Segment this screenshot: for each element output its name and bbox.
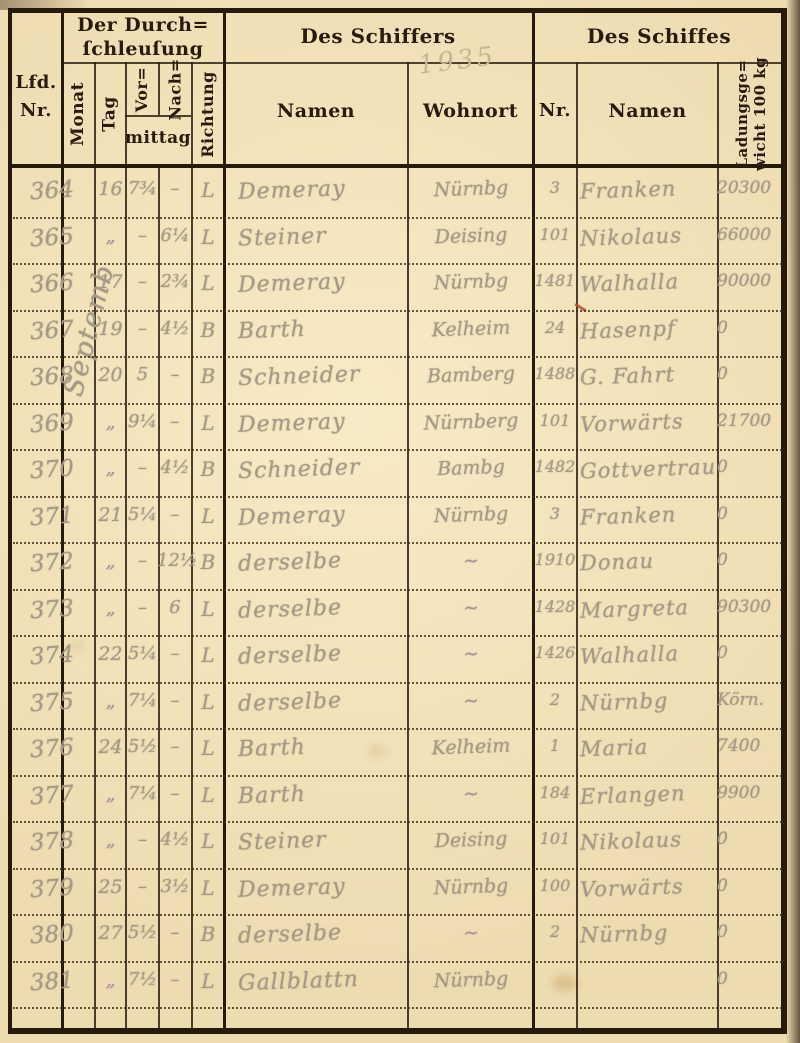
- table-row: 364 16 7¾ – L Demeray Nürnbg 3 Franken 2…: [0, 170, 800, 217]
- nachmittag-cell: 4½: [157, 457, 193, 478]
- ladung-cell: 7400: [717, 736, 783, 756]
- schiff-name-cell: Nikolaus: [580, 827, 683, 855]
- vormittag-cell: 7¼: [125, 690, 160, 711]
- schiff-name-cell: Maria: [580, 735, 649, 761]
- wohnort-cell: ~: [410, 920, 533, 946]
- schiff-nr-cell: 2: [532, 922, 578, 941]
- wohnort-cell: ~: [410, 780, 533, 806]
- richtung-cell: L: [191, 969, 225, 993]
- lfd-nr-cell: 375: [29, 688, 71, 717]
- wohnort-cell: ~: [410, 548, 533, 574]
- richtung-cell: B: [191, 457, 225, 481]
- schiff-name-cell: Franken: [580, 176, 677, 203]
- ladung-cell: 0: [717, 829, 783, 849]
- tag-cell: „: [94, 225, 127, 247]
- nachmittag-cell: 6: [157, 597, 193, 618]
- table-row: 381 „ 7½ – L Gallblattn Nürnbg 0: [0, 961, 800, 1008]
- schiffer-name-cell: derselbe: [238, 641, 343, 670]
- schiffer-name-cell: derselbe: [238, 548, 343, 577]
- ladung-cell: 0: [717, 550, 783, 570]
- tag-cell: 17: [94, 271, 127, 293]
- nachmittag-cell: 2¾: [157, 271, 193, 292]
- ladung-cell: 0: [717, 318, 783, 338]
- tag-cell: „: [94, 783, 127, 805]
- lfd-nr-cell: 377: [29, 781, 71, 810]
- richtung-cell: L: [191, 829, 225, 853]
- lfd-nr-cell: 378: [29, 828, 71, 857]
- wohnort-cell: Kelheim: [410, 734, 533, 760]
- wohnort-cell: Deising: [410, 827, 533, 853]
- richtung-cell: B: [191, 364, 225, 388]
- lfd-nr-cell: 371: [29, 502, 71, 531]
- ladung-cell: 0: [717, 504, 783, 524]
- ledger-page-scan: Lfd. Nr. Der Durch= ſchleuſung Des Schif…: [0, 0, 800, 1043]
- richtung-cell: L: [191, 178, 225, 202]
- schiff-nr-cell: 1910: [532, 550, 578, 569]
- ladung-cell: 66000: [717, 225, 783, 245]
- schiffer-name-cell: Demeray: [238, 874, 346, 903]
- col-header-vormittag: Vor=: [125, 60, 159, 118]
- richtung-cell: B: [191, 922, 225, 946]
- richtung-cell: L: [191, 225, 225, 249]
- lfd-nr-cell: 366: [29, 270, 71, 299]
- table-row: 367 19 – 4½ B Barth Kelheim 24 Hasenpf 0: [0, 310, 800, 357]
- schiffer-name-cell: derselbe: [238, 920, 343, 949]
- nachmittag-cell: –: [157, 922, 193, 943]
- lfd-nr-cell: 376: [29, 735, 71, 764]
- nachmittag-cell: –: [157, 411, 193, 432]
- vormittag-cell: 7¼: [125, 783, 160, 804]
- schiff-name-cell: Nürnbg: [580, 920, 669, 947]
- tag-cell: „: [94, 550, 127, 572]
- schiff-nr-cell: 100: [532, 876, 578, 895]
- ladung-cell: 0: [717, 876, 783, 896]
- col-header-nachmittag: Nach=: [158, 60, 192, 118]
- schiff-nr-cell: 1: [532, 736, 578, 755]
- vormittag-cell: 5: [125, 364, 160, 385]
- ladung-cell: 9900: [717, 783, 783, 803]
- vormittag-cell: –: [125, 225, 160, 246]
- schiffer-name-cell: derselbe: [238, 688, 343, 717]
- table-row: 379 25 – 3½ L Demeray Nürnbg 100 Vorwärt…: [0, 868, 800, 915]
- richtung-cell: L: [191, 736, 225, 760]
- schiff-nr-cell: 1488: [532, 364, 578, 383]
- col-header-mittag: mittag: [125, 128, 191, 148]
- schiff-name-cell: Vorwärts: [580, 874, 684, 902]
- table-row: 371 21 5¼ – L Demeray Nürnbg 3 Franken 0: [0, 496, 800, 543]
- schiff-name-cell: Walhalla: [580, 269, 680, 296]
- lfd-nr-cell: 364: [29, 177, 71, 206]
- tag-cell: „: [94, 597, 127, 619]
- table-row: 369 „ 9¼ – L Demeray Nürnberg 101 Vorwär…: [0, 403, 800, 450]
- vormittag-cell: –: [125, 318, 160, 339]
- schiffer-name-cell: Steiner: [238, 223, 328, 251]
- nachmittag-cell: –: [157, 690, 193, 711]
- table-row: 370 „ – 4½ B Schneider Bambg 1482 Gottve…: [0, 449, 800, 496]
- nachmittag-cell: 4½: [157, 829, 193, 850]
- schiff-nr-cell: 1426: [532, 643, 578, 662]
- col-header-richtung: Richtung: [191, 62, 224, 166]
- schiff-nr-cell: 101: [532, 411, 578, 430]
- lfd-nr-cell: 367: [29, 316, 71, 345]
- schiffer-name-cell: Demeray: [238, 502, 346, 531]
- schiff-name-cell: G. Fahrt: [580, 362, 676, 389]
- tag-cell: 27: [94, 922, 127, 944]
- nachmittag-cell: –: [157, 364, 193, 385]
- wohnort-cell: Bambg: [410, 455, 533, 481]
- wohnort-cell: ~: [410, 641, 533, 667]
- schiffer-name-cell: Schneider: [238, 455, 361, 484]
- lfd-nr-cell: 368: [29, 363, 71, 392]
- schiff-name-cell: Margreta: [580, 595, 690, 623]
- schiff-name-cell: Walhalla: [580, 641, 680, 668]
- vormittag-cell: –: [125, 597, 160, 618]
- tag-cell: „: [94, 690, 127, 712]
- vormittag-cell: 5½: [125, 736, 160, 757]
- table-row: 377 „ 7¼ – L Barth ~ 184 Erlangen 9900: [0, 775, 800, 822]
- lfd-nr-cell: 373: [29, 595, 71, 624]
- richtung-cell: L: [191, 690, 225, 714]
- vormittag-cell: 9¼: [125, 411, 160, 432]
- table-row: 365 „ – 6¼ L Steiner Deising 101 Nikolau…: [0, 217, 800, 264]
- wohnort-cell: Nürnbg: [410, 176, 533, 202]
- schiff-name-cell: Nürnbg: [580, 688, 669, 715]
- schiffer-name-cell: Demeray: [238, 269, 346, 298]
- col-header-schiff-nr: Nr.: [533, 100, 577, 121]
- table-border-top: [8, 8, 787, 13]
- lfd-nr-cell: 381: [29, 967, 71, 996]
- ladung-cell: 0: [717, 969, 783, 989]
- table-row: 366 17 – 2¾ L Demeray Nürnbg 1481 Walhal…: [0, 263, 800, 310]
- tag-cell: 16: [94, 178, 127, 200]
- col-header-lfd-nr: Nr.: [10, 100, 62, 121]
- ladung-cell: 0: [717, 922, 783, 942]
- nachmittag-cell: 4½: [157, 318, 193, 339]
- schiff-name-cell: Nikolaus: [580, 223, 683, 251]
- tag-cell: 25: [94, 876, 127, 898]
- schiff-nr-cell: 1428: [532, 597, 578, 616]
- richtung-cell: L: [191, 504, 225, 528]
- lfd-nr-cell: 369: [29, 409, 71, 438]
- tag-cell: 24: [94, 736, 127, 758]
- vormittag-cell: 5¼: [125, 504, 160, 525]
- table-row: 378 „ – 4½ L Steiner Deising 101 Nikolau…: [0, 821, 800, 868]
- lfd-nr-cell: 374: [29, 642, 71, 671]
- ladung-cell: 21700: [717, 411, 783, 431]
- schiff-name-cell: Hasenpf: [580, 316, 677, 343]
- col-header-monat: Monat: [61, 62, 95, 166]
- schiff-name-cell: Gottvertrau: [580, 455, 717, 484]
- nachmittag-cell: 3½: [157, 876, 193, 897]
- ladung-cell: 20300: [717, 178, 783, 198]
- schiff-name-cell: Vorwärts: [580, 409, 684, 437]
- wohnort-cell: Deising: [410, 222, 533, 248]
- schiffer-name-cell: Steiner: [238, 827, 328, 855]
- lfd-nr-cell: 372: [29, 549, 71, 578]
- richtung-cell: B: [191, 550, 225, 574]
- col-header-ladungsgewicht: Ladungsge=wicht 100 kg: [717, 62, 785, 166]
- tag-cell: 20: [94, 364, 127, 386]
- richtung-cell: B: [191, 318, 225, 342]
- nachmittag-cell: –: [157, 178, 193, 199]
- lfd-nr-cell: 379: [29, 874, 71, 903]
- group-header-durchschleusung-1: Der Durch=: [63, 14, 223, 36]
- col-header-wohnort: Wohnort: [408, 100, 533, 122]
- schiff-nr-cell: 101: [532, 225, 578, 244]
- schiff-nr-cell: 184: [532, 783, 578, 802]
- tag-cell: 19: [94, 318, 127, 340]
- table-row: 372 „ – 12½ B derselbe ~ 1910 Donau 0: [0, 542, 800, 589]
- wohnort-cell: Kelheim: [410, 315, 533, 341]
- schiff-nr-cell: 3: [532, 504, 578, 523]
- schiff-name-cell: Franken: [580, 502, 677, 529]
- tag-cell: „: [94, 457, 127, 479]
- tag-cell: „: [94, 411, 127, 433]
- ladung-cell: 0: [717, 457, 783, 477]
- wohnort-cell: Nürnbg: [410, 269, 533, 295]
- vormittag-cell: –: [125, 457, 160, 478]
- table-row: 368 20 5 – B Schneider Bamberg 1488 G. F…: [0, 356, 800, 403]
- vormittag-cell: –: [125, 876, 160, 897]
- richtung-cell: L: [191, 271, 225, 295]
- schiffer-name-cell: Demeray: [238, 409, 346, 438]
- lfd-nr-cell: 370: [29, 456, 71, 485]
- schiff-name-cell: Erlangen: [580, 781, 686, 809]
- tag-cell: 21: [94, 504, 127, 526]
- col-header-lfd: Lfd.: [10, 72, 62, 93]
- wohnort-cell: Nürnberg: [410, 408, 533, 434]
- ladung-cell: 0: [717, 643, 783, 663]
- wohnort-cell: Nürnbg: [410, 501, 533, 527]
- table-row: 374 22 5¼ – L derselbe ~ 1426 Walhalla 0: [0, 635, 800, 682]
- schiffer-name-cell: Barth: [238, 781, 307, 808]
- ladung-cell: 90000: [717, 271, 783, 291]
- wohnort-cell: Bamberg: [410, 362, 533, 388]
- lfd-nr-cell: 365: [29, 223, 71, 252]
- group-header-durchschleusung-2: ſchleuſung: [63, 38, 223, 60]
- schiffer-name-cell: Demeray: [238, 176, 346, 205]
- ladung-cell: Körn.: [717, 690, 783, 710]
- schiff-nr-cell: 3: [532, 178, 578, 197]
- schiff-nr-cell: 1481: [532, 271, 578, 290]
- table-border-bottom: [8, 1028, 787, 1034]
- col-header-schiffer-namen: Namen: [224, 100, 408, 122]
- schiff-name-cell: Donau: [580, 549, 655, 576]
- lfd-nr-cell: 380: [29, 921, 71, 950]
- nachmittag-cell: 6¼: [157, 225, 193, 246]
- nachmittag-cell: –: [157, 504, 193, 525]
- tag-cell: „: [94, 829, 127, 851]
- nachmittag-cell: –: [157, 783, 193, 804]
- schiffer-name-cell: Gallblattn: [238, 966, 360, 995]
- ladung-cell: 0: [717, 364, 783, 384]
- schiffer-name-cell: derselbe: [238, 595, 343, 624]
- tag-cell: „: [94, 969, 127, 991]
- wohnort-cell: ~: [410, 687, 533, 713]
- schiff-nr-cell: 2: [532, 690, 578, 709]
- schiff-nr-cell: 1482: [532, 457, 578, 476]
- table-row: 375 „ 7¼ – L derselbe ~ 2 Nürnbg Körn.: [0, 682, 800, 729]
- schiffer-name-cell: Barth: [238, 316, 307, 343]
- schiff-nr-cell: 101: [532, 829, 578, 848]
- schiffer-name-cell: Schneider: [238, 362, 361, 391]
- vormittag-cell: –: [125, 271, 160, 292]
- nachmittag-cell: –: [157, 969, 193, 990]
- vormittag-cell: –: [125, 550, 160, 571]
- richtung-cell: L: [191, 597, 225, 621]
- col-header-schiff-namen: Namen: [577, 100, 718, 122]
- group-header-schiffes: Des Schiffes: [533, 24, 785, 48]
- richtung-cell: L: [191, 876, 225, 900]
- nachmittag-cell: –: [157, 736, 193, 757]
- schiffer-name-cell: Barth: [238, 735, 307, 762]
- tag-cell: 22: [94, 643, 127, 665]
- vormittag-cell: 7¾: [125, 178, 160, 199]
- vormittag-cell: 5½: [125, 922, 160, 943]
- table-row: 380 27 5½ – B derselbe ~ 2 Nürnbg 0: [0, 914, 800, 961]
- nachmittag-cell: 12½: [157, 550, 193, 571]
- wohnort-cell: Nürnbg: [410, 966, 533, 992]
- vormittag-cell: 7½: [125, 969, 160, 990]
- table-row: 373 „ – 6 L derselbe ~ 1428 Margreta 903…: [0, 589, 800, 636]
- nachmittag-cell: –: [157, 643, 193, 664]
- vormittag-cell: 5¼: [125, 643, 160, 664]
- ladung-cell: 90300: [717, 597, 783, 617]
- richtung-cell: L: [191, 783, 225, 807]
- schiff-nr-cell: 24: [532, 318, 578, 337]
- col-header-tag: Tag: [94, 62, 126, 166]
- richtung-cell: L: [191, 411, 225, 435]
- richtung-cell: L: [191, 643, 225, 667]
- table-row: 376 24 5½ – L Barth Kelheim 1 Maria 7400: [0, 728, 800, 775]
- vormittag-cell: –: [125, 829, 160, 850]
- wohnort-cell: ~: [410, 594, 533, 620]
- wohnort-cell: Nürnbg: [410, 873, 533, 899]
